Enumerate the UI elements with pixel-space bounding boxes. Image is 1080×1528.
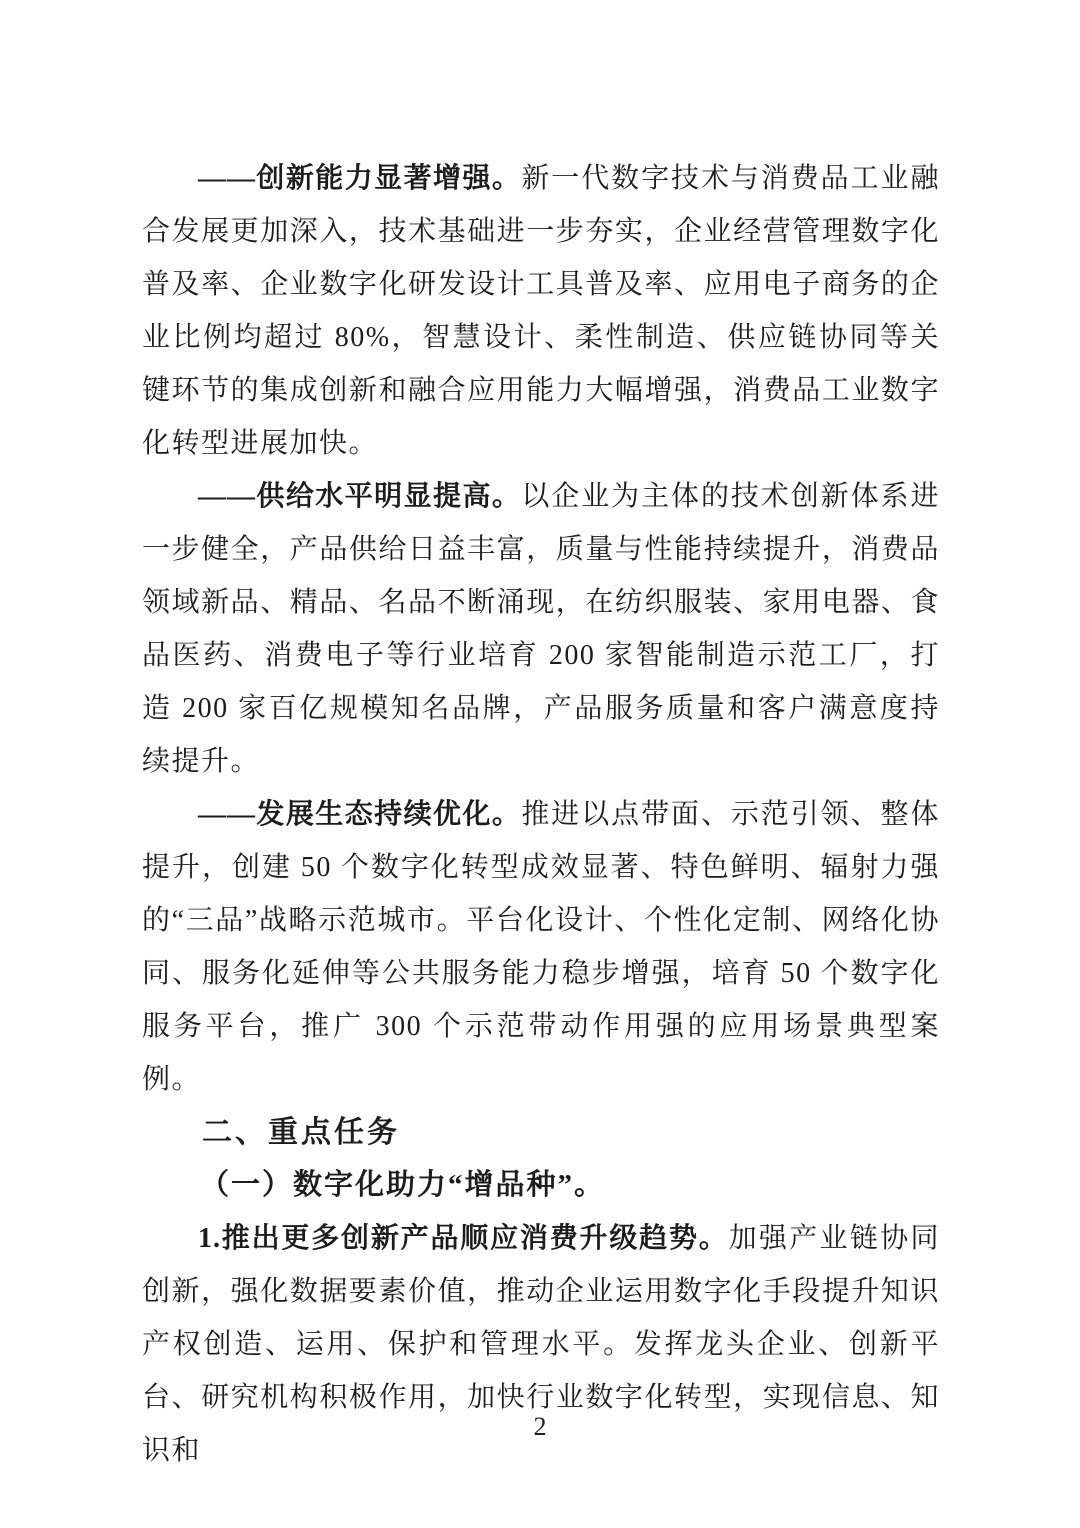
paragraph-lead-task-1: 1.推出更多创新产品顺应消费升级趋势。 — [198, 1223, 729, 1254]
paragraph-lead-supply: ——供给水平明显提高。 — [198, 481, 521, 512]
paragraph-ecosystem: ——发展生态持续优化。推进以点带面、示范引领、整体提升，创建 50 个数字化转型… — [142, 788, 940, 1106]
document-page: ——创新能力显著增强。新一代数字技术与消费品工业融合发展更加深入，技术基础进一步… — [0, 0, 1080, 1528]
document-body: ——创新能力显著增强。新一代数字技术与消费品工业融合发展更加深入，技术基础进一步… — [142, 152, 940, 1477]
paragraph-lead-ecosystem: ——发展生态持续优化。 — [198, 799, 521, 830]
paragraph-lead-innovation: ——创新能力显著增强。 — [198, 163, 521, 194]
paragraph-text-innovation: 新一代数字技术与消费品工业融合发展更加深入，技术基础进一步夯实，企业经营管理数字… — [142, 163, 940, 459]
page-footer: 2 — [0, 1412, 1080, 1442]
page-number: 2 — [534, 1412, 547, 1441]
paragraph-text-ecosystem: 推进以点带面、示范引领、整体提升，创建 50 个数字化转型成效显著、特色鲜明、辐… — [142, 799, 940, 1095]
paragraph-text-supply: 以企业为主体的技术创新体系进一步健全，产品供给日益丰富，质量与性能持续提升，消费… — [142, 481, 940, 777]
paragraph-supply-level: ——供给水平明显提高。以企业为主体的技术创新体系进一步健全，产品供给日益丰富，质… — [142, 470, 940, 788]
paragraph-innovation-capability: ——创新能力显著增强。新一代数字技术与消费品工业融合发展更加深入，技术基础进一步… — [142, 152, 940, 470]
subsection-heading-digital-variety: （一）数字化助力“增品种”。 — [142, 1159, 940, 1212]
section-heading-key-tasks: 二、重点任务 — [142, 1106, 940, 1159]
